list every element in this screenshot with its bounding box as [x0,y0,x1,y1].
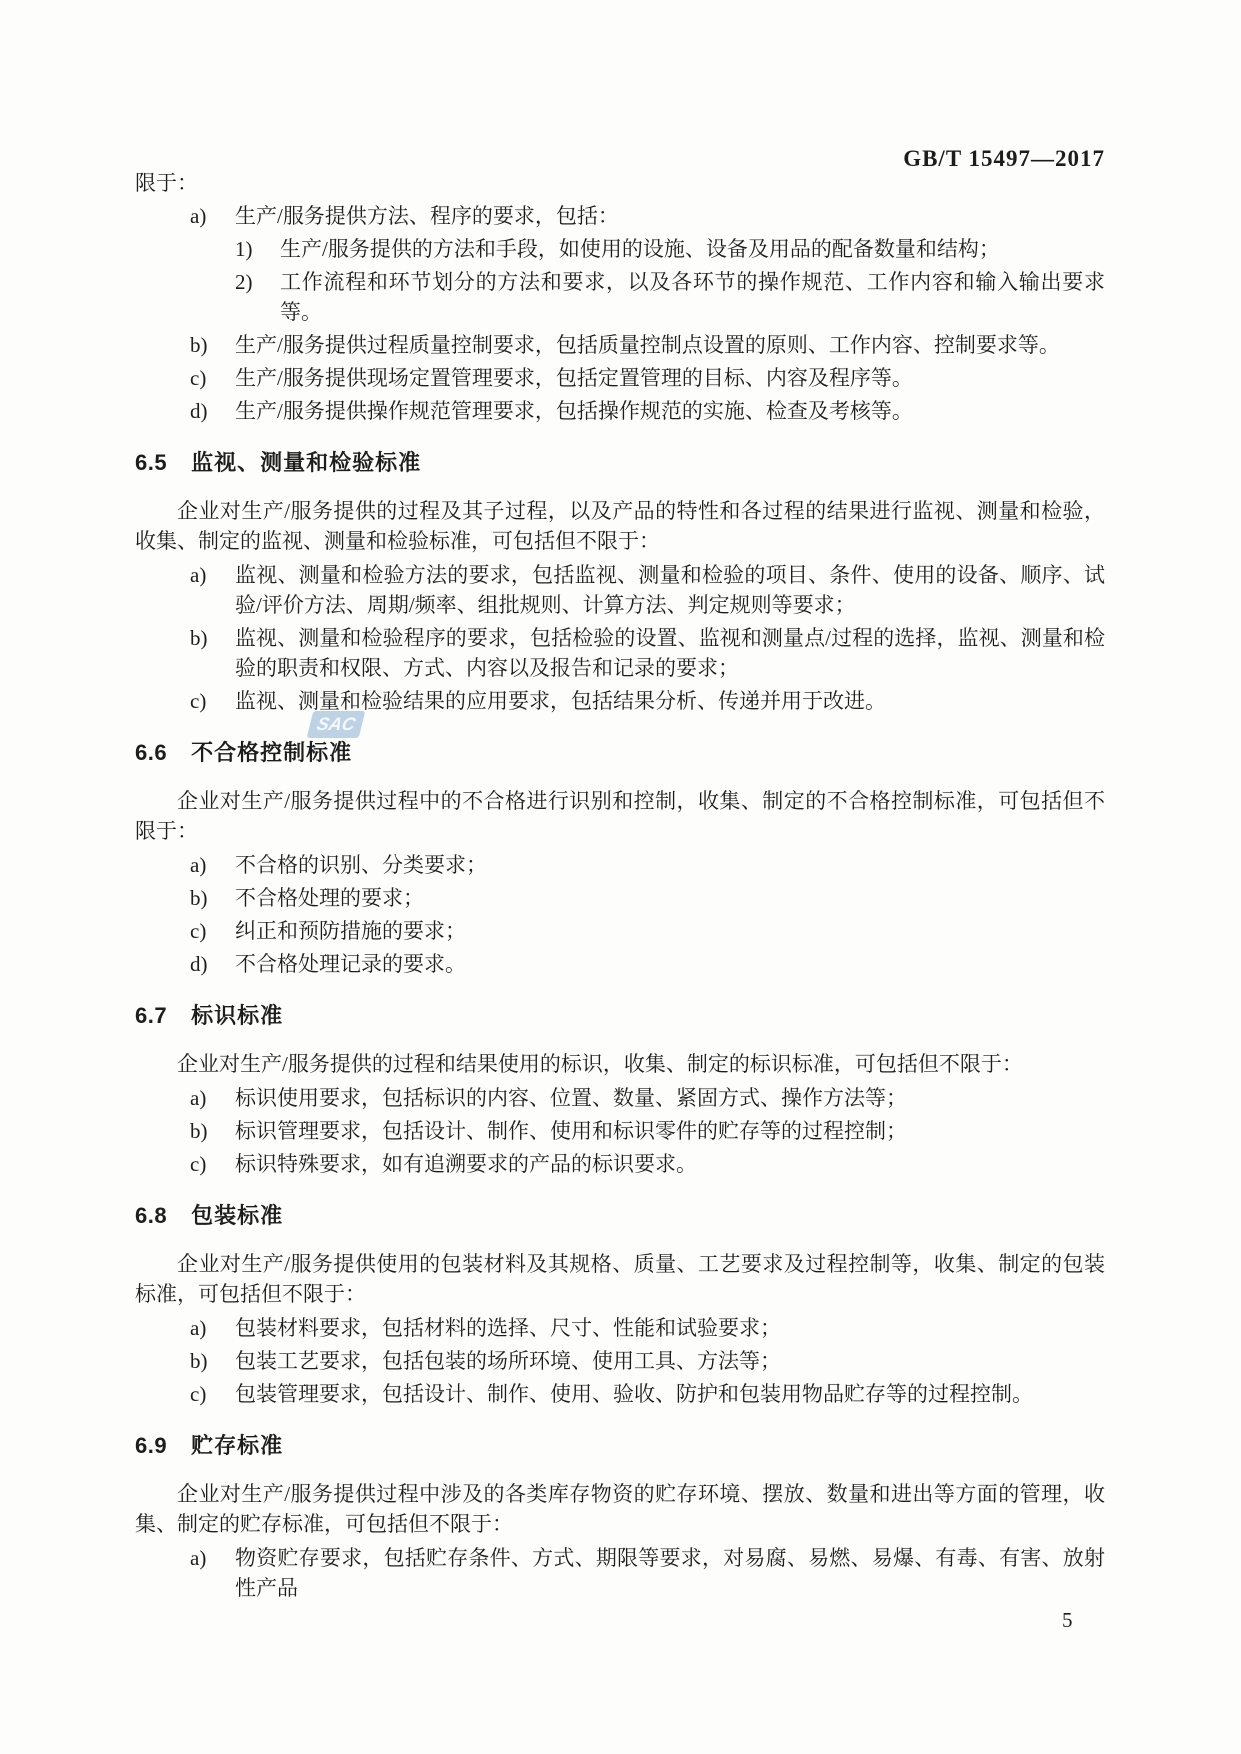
list-item: b) 包装工艺要求，包括包装的场所环境、使用工具、方法等； [135,1346,1105,1376]
list-item-text: 标识管理要求，包括设计、制作、使用和标识零件的贮存等的过程控制； [235,1119,907,1143]
list-item: a) 标识使用要求，包括标识的内容、位置、数量、紧固方式、操作方法等； [135,1083,1105,1113]
list-item: a) 生产/服务提供方法、程序的要求，包括： [135,201,1105,231]
section-paragraph: 企业对生产/服务提供的过程及其子过程，以及产品的特性和各过程的结果进行监视、测量… [135,496,1105,556]
list-item-label: a) [190,850,206,880]
list-item: c) 监视、测量和检验结果的应用要求，包括结果分析、传递并用于改进。 [135,686,1105,716]
list-item-label: 1) [235,234,253,264]
section-number: 6.5 [135,450,167,475]
list-item-text: 纠正和预防措施的要求； [235,919,466,943]
list-item-text: 包装材料要求，包括材料的选择、尺寸、性能和试验要求； [235,1316,781,1340]
list-item: c) 生产/服务提供现场定置管理要求，包括定置管理的目标、内容及程序等。 [135,363,1105,393]
list-item-text: 生产/服务提供的方法和手段，如使用的设施、设备及用品的配备数量和结构； [280,237,1000,261]
list-item: a) 包装材料要求，包括材料的选择、尺寸、性能和试验要求； [135,1313,1105,1343]
section-title: 标识标准 [191,1003,283,1028]
list-item-label: d) [190,949,208,979]
list-item: d) 生产/服务提供操作规范管理要求，包括操作规范的实施、检查及考核等。 [135,396,1105,426]
list-item-label: b) [190,883,208,913]
section-number: 6.8 [135,1203,167,1228]
list-item: c) 纠正和预防措施的要求； [135,916,1105,946]
list-item-text: 标识特殊要求，如有追溯要求的产品的标识要求。 [235,1152,697,1176]
section-title: 包装标准 [191,1203,283,1228]
list-item: b) 不合格处理的要求； [135,883,1105,913]
section-heading: 6.8包装标准 [135,1201,1105,1231]
document-page: GB/T 15497—2017 SAC 限于： a) 生产/服务提供方法、程序的… [0,0,1241,1754]
section-number: 6.9 [135,1433,167,1458]
section-heading: 6.7标识标准 [135,1001,1105,1031]
list-item-text: 生产/服务提供过程质量控制要求，包括质量控制点设置的原则、工作内容、控制要求等。 [235,333,1060,357]
list-item-text: 不合格处理记录的要求。 [235,952,466,976]
list-item-text: 监视、测量和检验程序的要求，包括检验的设置、监视和测量点/过程的选择，监视、测量… [235,626,1105,680]
list-item-label: a) [190,201,206,231]
list-item: c) 包装管理要求，包括设计、制作、使用、验收、防护和包装用物品贮存等的过程控制… [135,1379,1105,1409]
list-item-label: b) [190,623,208,653]
list-item-label: 2) [235,267,253,297]
list-item-label: b) [190,330,208,360]
section-paragraph: 企业对生产/服务提供使用的包装材料及其规格、质量、工艺要求及过程控制等，收集、制… [135,1249,1105,1309]
list-item: b) 监视、测量和检验程序的要求，包括检验的设置、监视和测量点/过程的选择，监视… [135,623,1105,683]
list-item-text: 包装管理要求，包括设计、制作、使用、验收、防护和包装用物品贮存等的过程控制。 [235,1382,1033,1406]
list-item-text: 生产/服务提供现场定置管理要求，包括定置管理的目标、内容及程序等。 [235,366,913,390]
list-item-label: c) [190,1149,206,1179]
section-paragraph: 企业对生产/服务提供的过程和结果使用的标识，收集、制定的标识标准，可包括但不限于… [135,1049,1105,1079]
list-item-label: b) [190,1346,208,1376]
section-paragraph: 企业对生产/服务提供过程中的不合格进行识别和控制，收集、制定的不合格控制标准，可… [135,786,1105,846]
list-item: a) 物资贮存要求，包括贮存条件、方式、期限等要求，对易腐、易燃、易爆、有毒、有… [135,1543,1105,1603]
section-paragraph: 企业对生产/服务提供过程中涉及的各类库存物资的贮存环境、摆放、数量和进出等方面的… [135,1479,1105,1539]
section-number: 6.6 [135,740,167,765]
list-item-label: c) [190,363,206,393]
list-item-text: 生产/服务提供方法、程序的要求，包括： [235,204,619,228]
list-item-label: b) [190,1116,208,1146]
page-body: 限于： a) 生产/服务提供方法、程序的要求，包括： 1) 生产/服务提供的方法… [135,168,1105,1606]
list-item-label: a) [190,1083,206,1113]
list-item-text: 标识使用要求，包括标识的内容、位置、数量、紧固方式、操作方法等； [235,1086,907,1110]
list-item: c) 标识特殊要求，如有追溯要求的产品的标识要求。 [135,1149,1105,1179]
list-item-label: a) [190,1543,206,1573]
list-item: b) 标识管理要求，包括设计、制作、使用和标识零件的贮存等的过程控制； [135,1116,1105,1146]
page-number: 5 [1062,1608,1073,1633]
list-item-label: c) [190,686,206,716]
list-item: a) 不合格的识别、分类要求； [135,850,1105,880]
list-item: b) 生产/服务提供过程质量控制要求，包括质量控制点设置的原则、工作内容、控制要… [135,330,1105,360]
list-item: a) 监视、测量和检验方法的要求，包括监视、测量和检验的项目、条件、使用的设备、… [135,560,1105,620]
sub-list-item: 2) 工作流程和环节划分的方法和要求，以及各环节的操作规范、工作内容和输入输出要… [135,267,1105,327]
list-item-text: 包装工艺要求，包括包装的场所环境、使用工具、方法等； [235,1349,781,1373]
section-heading: 6.6不合格控制标准 [135,738,1105,768]
list-item-text: 工作流程和环节划分的方法和要求，以及各环节的操作规范、工作内容和输入输出要求等。 [280,270,1105,324]
list-item-text: 监视、测量和检验方法的要求，包括监视、测量和检验的项目、条件、使用的设备、顺序、… [235,563,1105,617]
paragraph-continuation: 限于： [135,168,1105,198]
list-item: d) 不合格处理记录的要求。 [135,949,1105,979]
section-heading: 6.9贮存标准 [135,1431,1105,1461]
list-item-text: 不合格处理的要求； [235,886,424,910]
section-number: 6.7 [135,1003,167,1028]
list-item-text: 不合格的识别、分类要求； [235,853,487,877]
list-item-label: a) [190,1313,206,1343]
list-item-text: 生产/服务提供操作规范管理要求，包括操作规范的实施、检查及考核等。 [235,399,913,423]
list-item-text: 监视、测量和检验结果的应用要求，包括结果分析、传递并用于改进。 [235,689,886,713]
section-title: 不合格控制标准 [191,740,352,765]
list-item-label: c) [190,1379,206,1409]
section-title: 贮存标准 [191,1433,283,1458]
list-item-label: d) [190,396,208,426]
list-item-text: 物资贮存要求，包括贮存条件、方式、期限等要求，对易腐、易燃、易爆、有毒、有害、放… [235,1546,1105,1600]
list-item-label: c) [190,916,206,946]
section-title: 监视、测量和检验标准 [191,450,421,475]
list-item-label: a) [190,560,206,590]
section-heading: 6.5监视、测量和检验标准 [135,448,1105,478]
sub-list-item: 1) 生产/服务提供的方法和手段，如使用的设施、设备及用品的配备数量和结构； [135,234,1105,264]
